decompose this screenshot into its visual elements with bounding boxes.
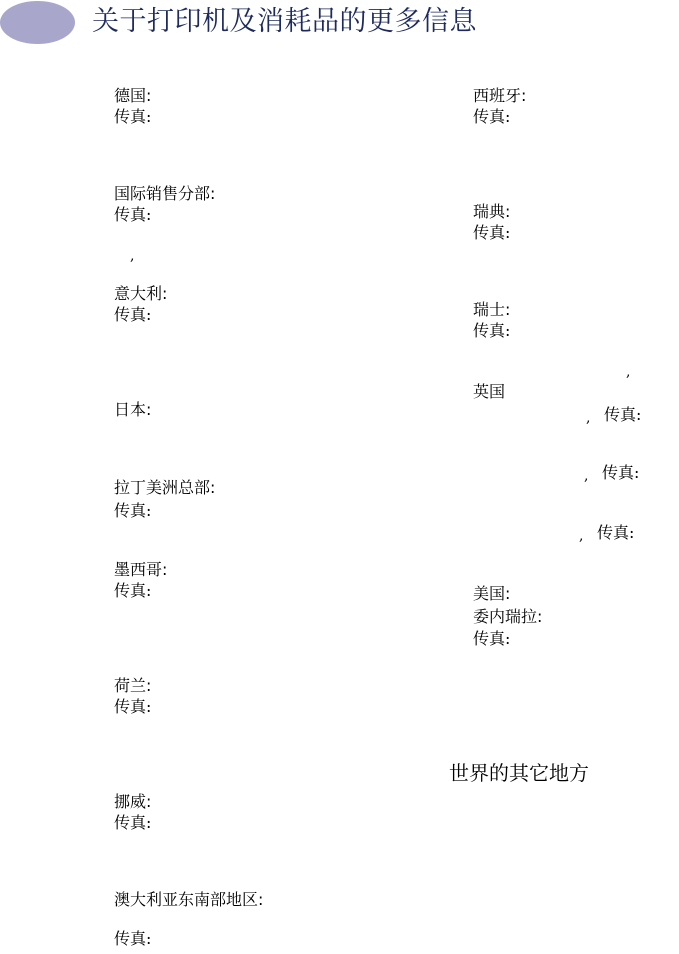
- fax-label-spain: 传真:: [473, 107, 510, 127]
- fax-label-uk-1: 传真:: [604, 405, 641, 425]
- country-label-usa: 美国:: [473, 584, 510, 604]
- country-label-southeast-australia: 澳大利亚东南部地区:: [114, 890, 263, 910]
- fax-label-italy: 传真:: [114, 305, 151, 325]
- country-label-norway: 挪威:: [114, 792, 151, 812]
- fax-label-netherlands: 传真:: [114, 697, 151, 717]
- separator-comma: ,: [586, 410, 590, 426]
- fax-label-southeast-australia: 传真:: [114, 929, 151, 949]
- page-title: 关于打印机及消耗品的更多信息: [92, 4, 477, 40]
- country-label-sweden: 瑞典:: [473, 202, 510, 222]
- fax-label-germany: 传真:: [114, 107, 151, 127]
- fax-label-international-sales: 传真:: [114, 205, 151, 225]
- country-label-international-sales: 国际销售分部:: [114, 184, 215, 204]
- fax-label-venezuela: 传真:: [473, 629, 510, 649]
- separator-comma: ,: [579, 528, 583, 544]
- country-label-spain: 西班牙:: [473, 86, 526, 106]
- fax-label-sweden: 传真:: [473, 223, 510, 243]
- country-label-switzerland: 瑞士:: [473, 300, 510, 320]
- fax-label-uk-2: 传真:: [602, 463, 639, 483]
- fax-label-switzerland: 传真:: [473, 321, 510, 341]
- separator-comma: ,: [626, 364, 630, 380]
- section-heading-rest-of-world: 世界的其它地方: [449, 760, 589, 786]
- country-label-japan: 日本:: [114, 400, 151, 420]
- country-label-mexico: 墨西哥:: [114, 560, 167, 580]
- country-label-germany: 德国:: [114, 86, 151, 106]
- country-label-venezuela: 委内瑞拉:: [473, 607, 542, 627]
- fax-label-uk-3: 传真:: [597, 523, 634, 543]
- country-label-netherlands: 荷兰:: [114, 676, 151, 696]
- fax-label-norway: 传真:: [114, 813, 151, 833]
- country-label-italy: 意大利:: [114, 284, 167, 304]
- fax-label-latin-america-hq: 传真:: [114, 501, 151, 521]
- fax-label-mexico: 传真:: [114, 581, 151, 601]
- header-ellipse-decoration: [0, 1, 75, 44]
- country-label-uk: 英国: [473, 382, 505, 402]
- separator-comma: ,: [130, 248, 134, 264]
- country-label-latin-america-hq: 拉丁美洲总部:: [114, 478, 215, 498]
- separator-comma: ,: [584, 468, 588, 484]
